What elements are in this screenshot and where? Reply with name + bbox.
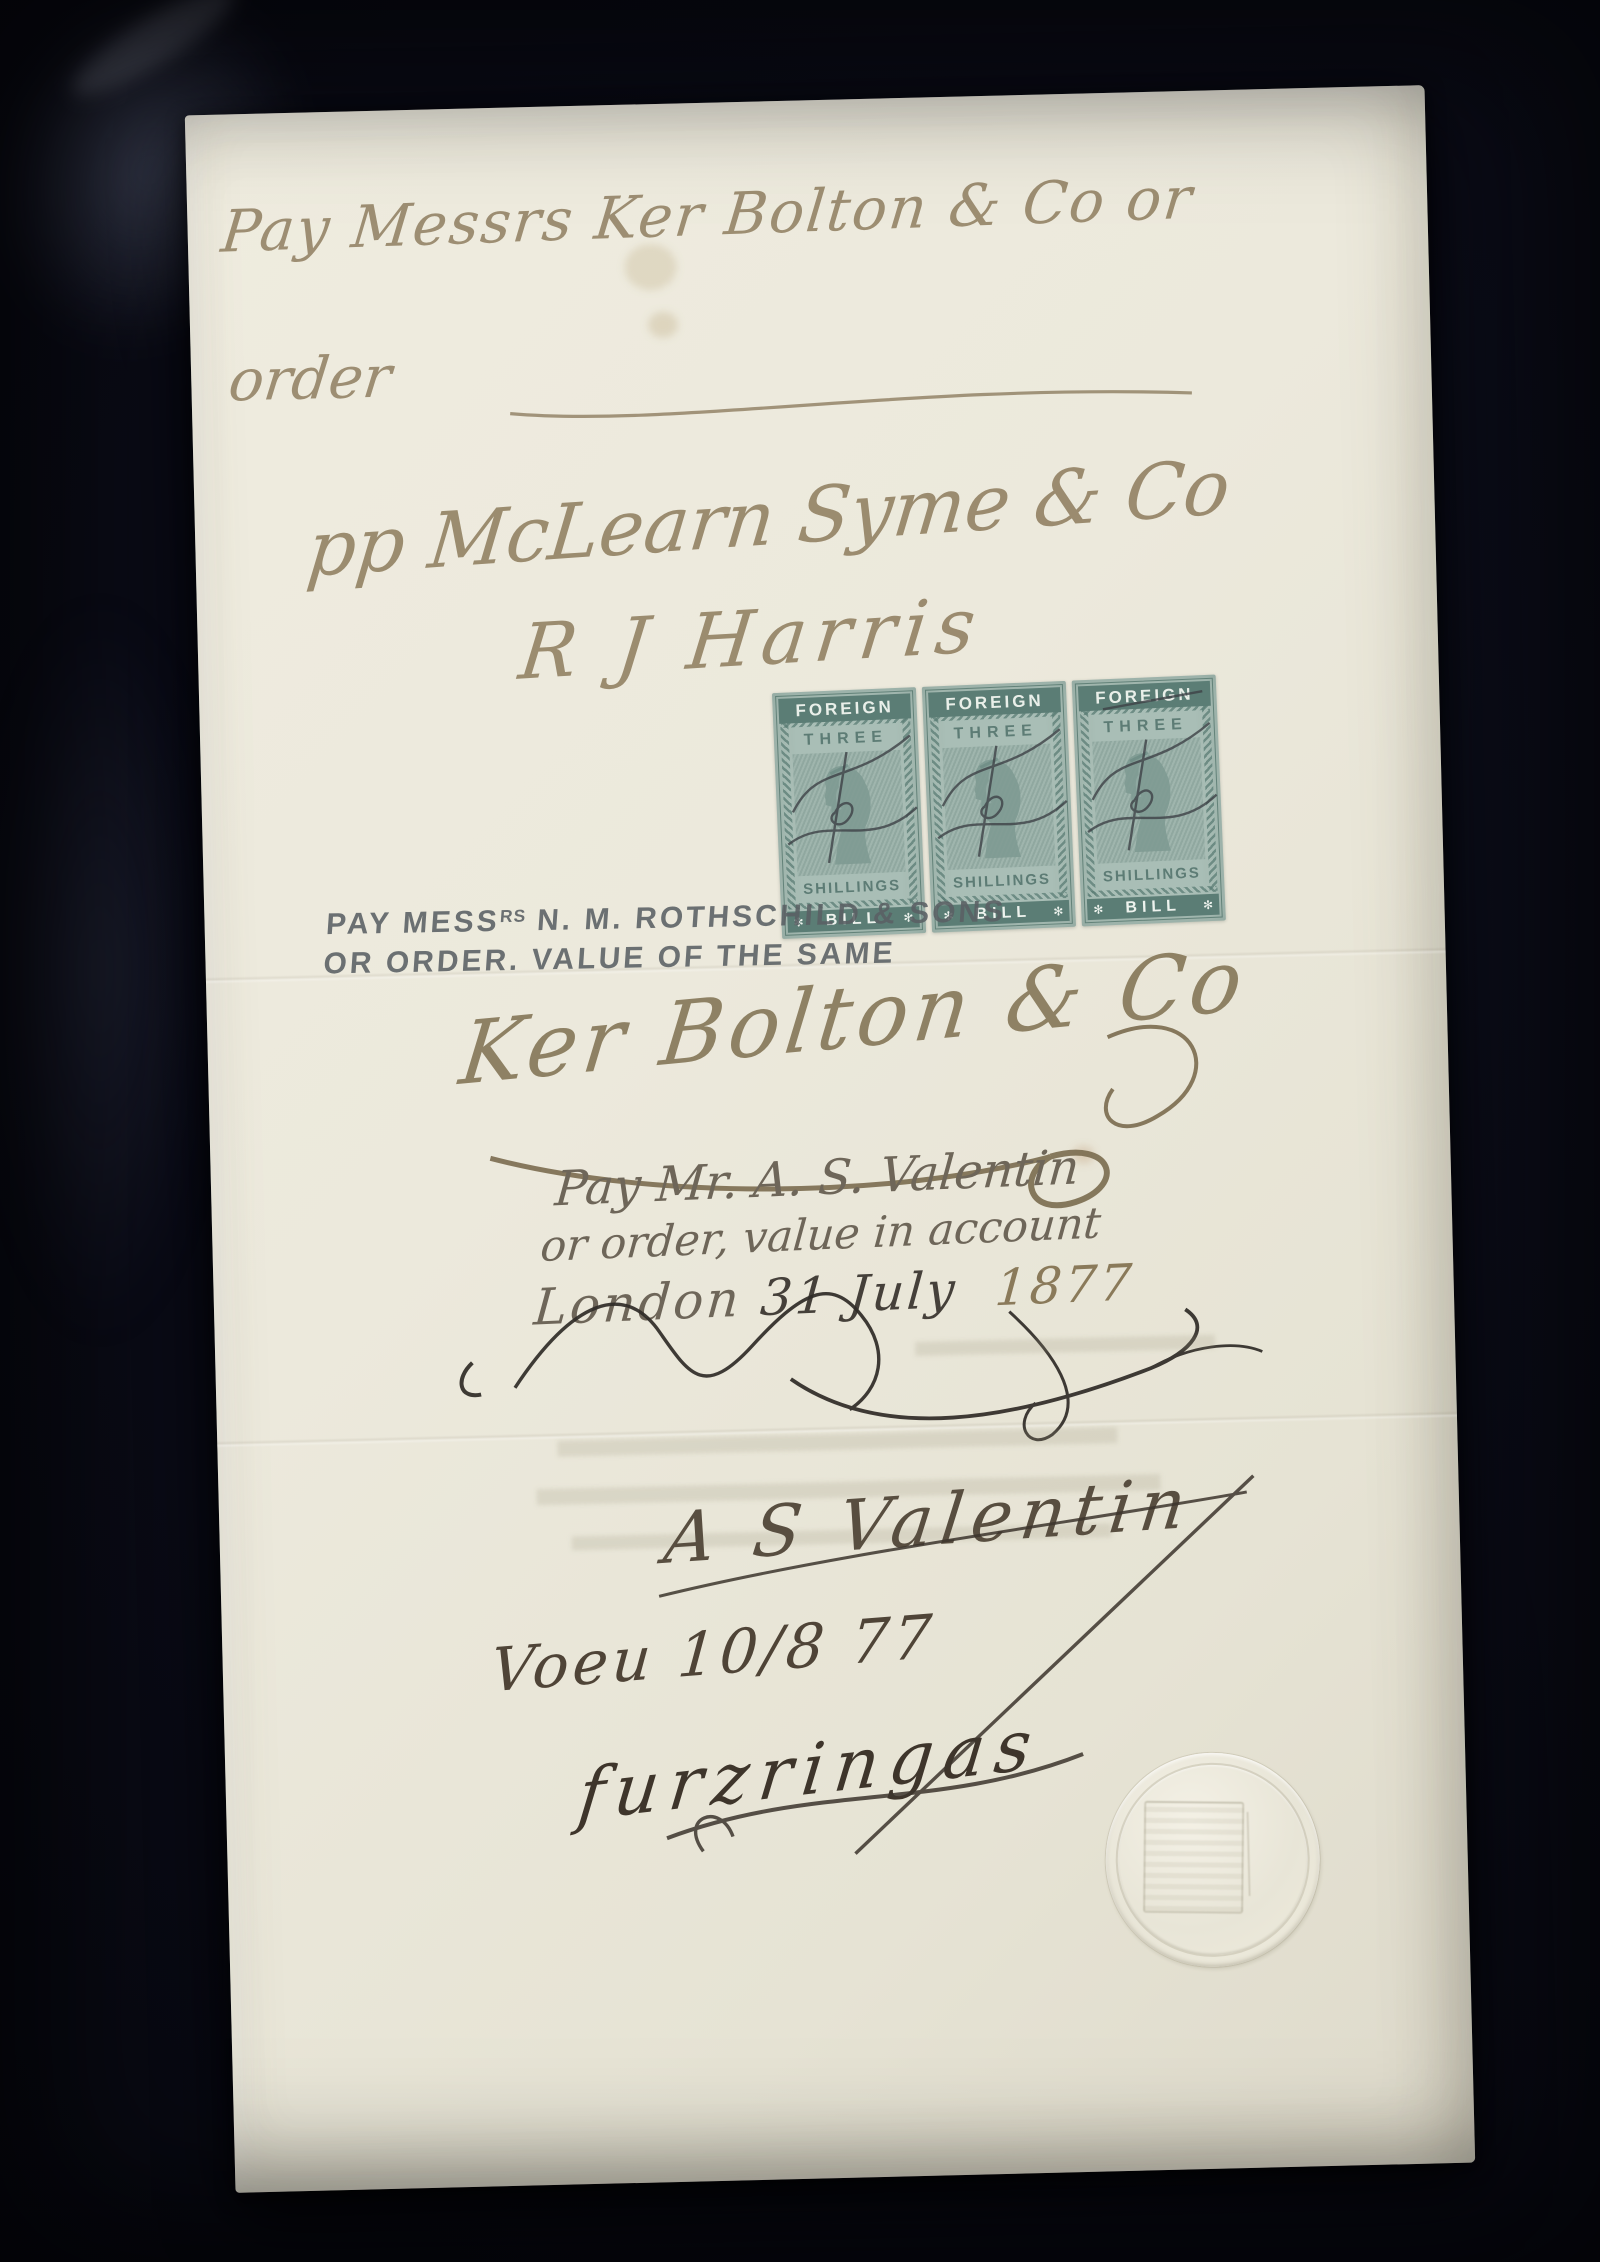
- endorsement-order: order: [225, 342, 395, 414]
- seal-shield-divider: [1247, 1811, 1295, 1896]
- rothschild-rubber-stamp: PAY MESSRS N. M. ROTHSCHILD & SONS OR OR…: [322, 887, 1008, 983]
- endorsement-pay-ker-bolton: Pay Messrs Ker Bolton & Co or: [218, 164, 1197, 266]
- photograph-of-document: Pay Messrs Ker Bolton & Co or order pp M…: [0, 0, 1600, 2262]
- glare-streak: [60, 0, 246, 111]
- superscript-rs: RS: [499, 906, 527, 927]
- signature-as-valentin: A S Valentin: [660, 1461, 1198, 1580]
- endorsement-pp-mclearn-syme: pp McLearn Syme & Co: [303, 441, 1234, 594]
- pen-flourish-line: [491, 348, 1232, 436]
- date-year: 1877: [993, 1253, 1137, 1317]
- paper-crease: [217, 1411, 1457, 1448]
- aged-paper-bill-verso: Pay Messrs Ker Bolton & Co or order pp M…: [185, 85, 1475, 2193]
- ink-stain: [648, 311, 679, 338]
- show-through-text-band: [557, 1427, 1117, 1457]
- date-day-month: 31 July: [758, 1261, 960, 1327]
- seal-shield: [1143, 1801, 1244, 1914]
- embossed-seal: [1103, 1750, 1322, 1969]
- note-voeu-date: Voeu 10/8 77: [488, 1602, 938, 1707]
- endorsement-rj-harris: R J Harris: [515, 580, 988, 697]
- show-through-text-band: [915, 1335, 1215, 1356]
- signature-bottom-scrawl: furzringas: [574, 1702, 1046, 1837]
